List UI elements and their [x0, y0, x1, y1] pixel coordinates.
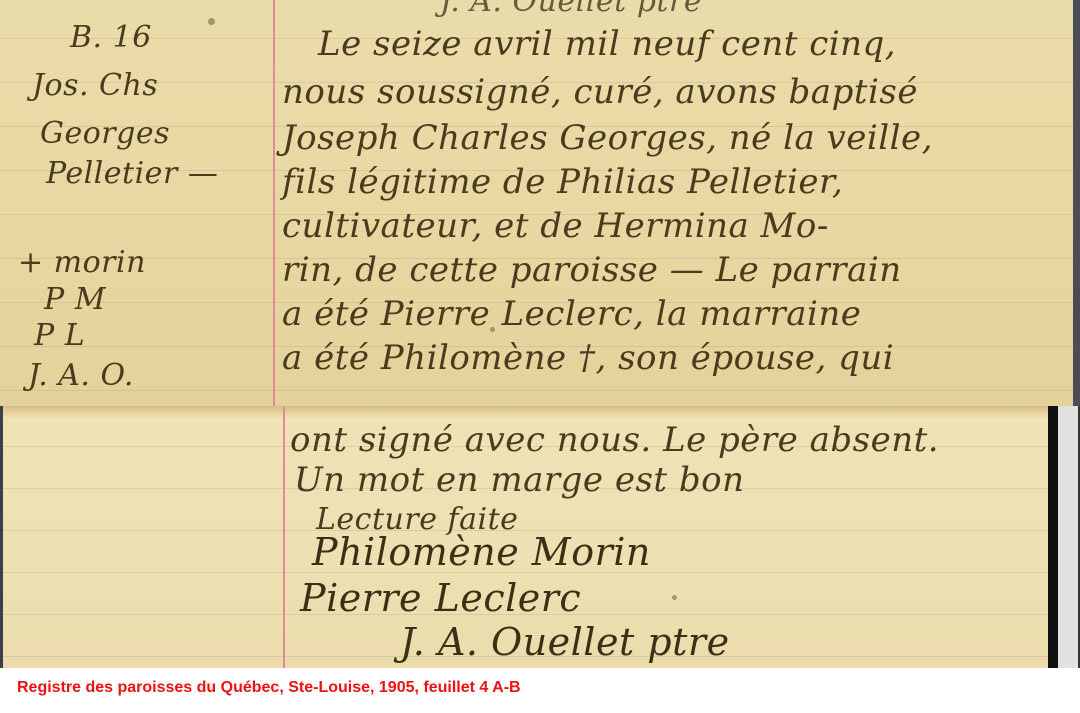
margin-given-name: Georges [40, 116, 170, 151]
margin-given-names: Jos. Chs [32, 68, 158, 103]
record-line: rin, de cette paroisse — Le parrain [282, 250, 902, 290]
ink-spot [672, 595, 677, 600]
ruled-line [0, 390, 1080, 391]
record-line: nous soussigné, curé, avons baptisé [282, 72, 918, 112]
register-page-top: B. 16 Jos. Chs Georges Pelletier — + mor… [0, 0, 1080, 406]
margin-entry-number: B. 16 [70, 20, 152, 55]
page-shadow [0, 406, 1048, 418]
margin-initials: P L [34, 318, 85, 353]
previous-entry-signature: J. A. Ouellet ptre [440, 0, 702, 19]
scan-edge [1058, 406, 1078, 668]
scan-edge [1073, 0, 1080, 406]
record-line: Joseph Charles Georges, né la veille, [282, 118, 933, 158]
image-caption: Registre des paroisses du Québec, Ste-Lo… [17, 679, 521, 697]
margin-surname: Pelletier — [46, 156, 218, 191]
margin-rule [273, 0, 275, 406]
register-page-bottom: ont signé avec nous. Le père absent. Un … [0, 406, 1080, 668]
record-line: Un mot en marge est bon [294, 460, 745, 500]
godmother-signature: Philomène Morin [312, 530, 651, 574]
scan-edge [0, 406, 3, 668]
margin-signature-mark: + morin [18, 245, 146, 280]
record-line: fils légitime de Philias Pelletier, [282, 162, 843, 202]
record-line: a été Pierre Leclerc, la marraine [282, 294, 861, 334]
ink-spot [208, 18, 215, 25]
record-line: a été Philomène †, son épouse, qui [282, 338, 894, 378]
margin-initials: J. A. O. [28, 358, 134, 393]
record-line: ont signé avec nous. Le père absent. [290, 420, 939, 460]
godfather-signature: Pierre Leclerc [300, 576, 581, 620]
record-line: cultivateur, et de Hermina Mo- [282, 206, 829, 246]
priest-signature: J. A. Ouellet ptre [400, 620, 730, 664]
record-line: Le seize avril mil neuf cent cinq, [318, 24, 896, 64]
binding-edge [1048, 406, 1058, 668]
margin-initials: P M [44, 282, 106, 317]
margin-rule [283, 406, 285, 668]
